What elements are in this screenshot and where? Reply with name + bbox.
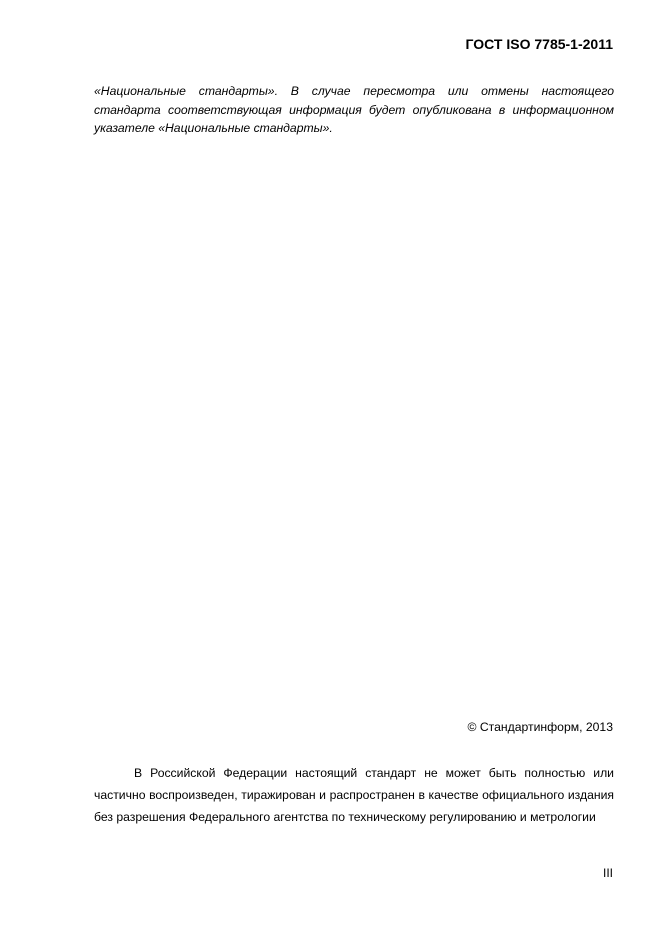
copyright-line: © Стандартинформ, 2013	[468, 720, 614, 734]
reproduction-restriction-text: В Российской Федерации настоящий стандар…	[94, 766, 614, 824]
reproduction-restriction-paragraph: В Российской Федерации настоящий стандар…	[94, 762, 614, 828]
document-code-header: ГОСТ ISO 7785-1-2011	[466, 36, 613, 52]
national-standards-notice: «Национальные стандарты». В случае перес…	[94, 82, 614, 138]
page-number: III	[603, 866, 613, 880]
